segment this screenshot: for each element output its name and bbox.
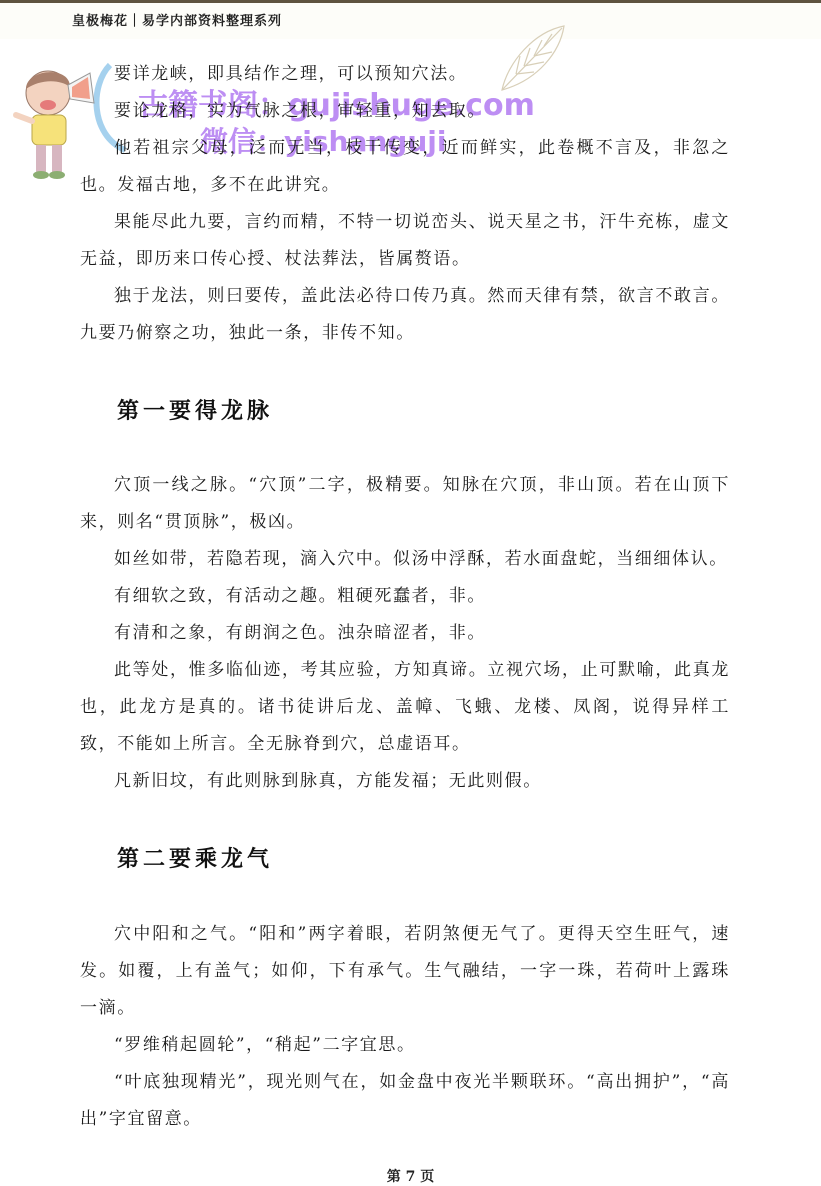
paragraph: 凡新旧坟，有此则脉到脉真，方能发福；无此则假。 <box>80 763 730 800</box>
paragraph: “叶底独现精光”，现光则气在，如金盘中夜光半颗联环。“高出拥护”，“高出”字宜留… <box>80 1064 730 1138</box>
paragraph: 独于龙法，则曰要传，盖此法必待口传乃真。然而天律有禁，欲言不敢言。九要乃俯察之功… <box>80 278 730 352</box>
paragraph: 要详龙峡，即具结作之理，可以预知穴法。 <box>80 56 730 93</box>
running-head: 皇极梅花｜易学内部资料整理系列 <box>72 10 282 29</box>
page-number: 第 7 页 <box>0 1166 821 1186</box>
section-heading: 第二要乘龙气 <box>117 842 273 873</box>
paragraph: 穴中阳和之气。“阳和”两字着眼，若阴煞便无气了。更得天空生旺气，速发。如覆，上有… <box>80 916 730 1027</box>
paragraph: 此等处，惟多临仙迹，考其应验，方知真谛。立视穴场，止可默喻，此真龙也，此龙方是真… <box>80 652 730 763</box>
section-heading: 第一要得龙脉 <box>117 394 273 425</box>
paragraph: 如丝如带，若隐若现，滴入穴中。似汤中浮酥，若水面盘蛇，当细细体认。 <box>80 541 730 578</box>
paragraph: 果能尽此九要，言约而精，不特一切说峦头、说天星之书，汗牛充栋，虚文无益，即历来口… <box>80 204 730 278</box>
paragraph: 要论龙格，实为气脉之根，审轻重，知去取。 <box>80 93 730 130</box>
paragraph: “罗维稍起圆轮”，“稍起”二字宜思。 <box>80 1027 730 1064</box>
paragraph: 穴顶一线之脉。“穴顶”二字，极精要。知脉在穴顶，非山顶。若在山顶下来，则名“贯顶… <box>80 467 730 541</box>
paragraph: 有清和之象，有朗润之色。浊杂暗涩者，非。 <box>80 615 730 652</box>
paragraph: 有细软之致，有活动之趣。粗硬死蠢者，非。 <box>80 578 730 615</box>
paragraph: 他若祖宗父母，泛而无当，枝干传变，近而鲜实，此卷概不言及，非忽之也。发福古地，多… <box>80 130 730 204</box>
